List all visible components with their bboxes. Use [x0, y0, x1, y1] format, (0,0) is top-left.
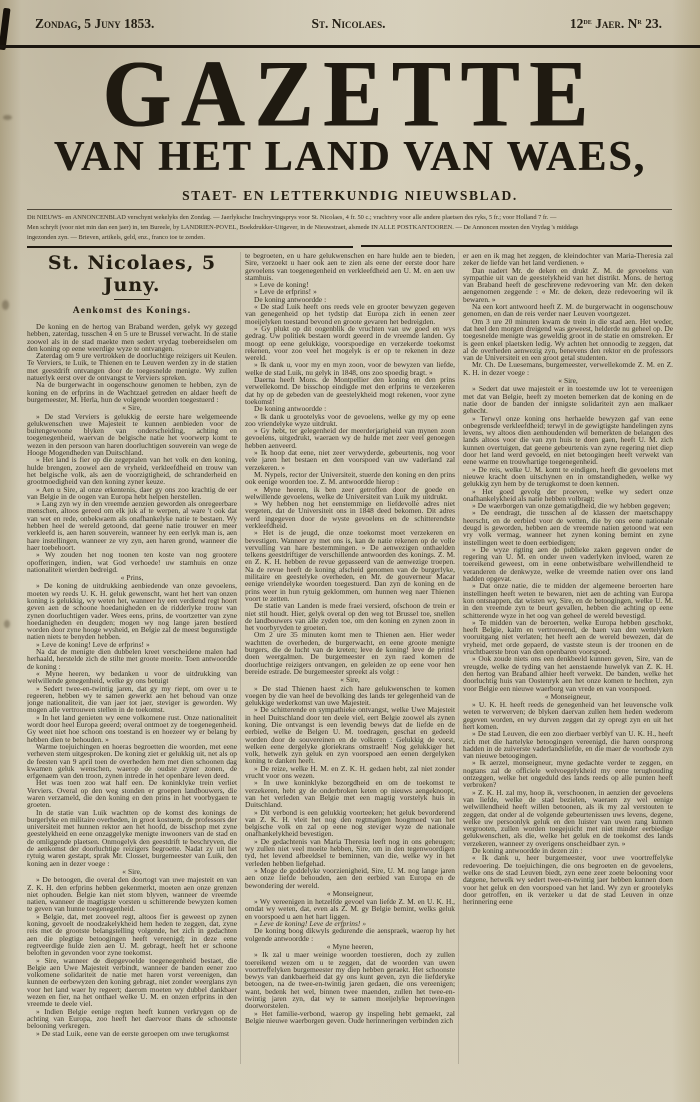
newspaper-page: Zondag, 5 Juny 1853. St. Nicolaes. 12de … [0, 0, 700, 1102]
paragraph: » Gy hebt, ter gelegenheid der meerderja… [245, 427, 455, 449]
paragraph: Dan nadert Mr. de deken en drukt Z. M. d… [463, 267, 673, 303]
paragraph: « De stad Luik heeft ons reeds vele en g… [245, 303, 455, 325]
paragraph: » U. K. H. heeft reeds de genegenheid va… [463, 701, 673, 730]
paragraph: » Het familie-verbond, waerop gy inspeli… [245, 1010, 455, 1025]
paragraph: » In uwe koninklyke bezorgdheid en om de… [245, 779, 455, 808]
paragraph: » De stad Leuven, die een zoo dierbaer v… [463, 730, 673, 759]
paper-stain [2, 300, 9, 310]
article-columns: St. Nicolaes, 5 Juny. Aenkomst des Konin… [27, 252, 673, 1100]
paragraph: » De stad Verviers is gelukkig de eerste… [27, 413, 237, 457]
paragraph: » De gedachtenis van Maria Theresia leef… [245, 838, 455, 867]
article-column-2: te begroeten, en u hare gelukwenschen en… [245, 252, 455, 1100]
paragraph: M. Nypels, rector der Universiteit, stue… [245, 471, 455, 486]
paragraph: « Prins, [27, 574, 237, 581]
paragraph: » Terwyl onze koning ons herhaelde bewyz… [463, 415, 673, 466]
paragraph: Na de burgerwacht in oogenschouw genomen… [27, 381, 237, 403]
paragraph: » Belgie, dat, met zooveel regt, altoos … [27, 913, 237, 957]
paragraph: « Monseigneur, [463, 693, 673, 700]
paragraph: » De eendragt, die tusschen al de klasse… [463, 509, 673, 545]
paragraph: « Ik dank u, heer burgemeester, voor uwe… [463, 854, 673, 905]
paragraph: Zaterdag om 9 ure vertrokken de doorluch… [27, 352, 237, 381]
imprint-block: Dit NIEUWS- en ANNONCENBLAD verschynt we… [27, 213, 672, 243]
paragraph: » De schitterende en sympathieke ontvang… [245, 706, 455, 764]
paragraph: » De koning de uitdrukking aenbiedende v… [27, 582, 237, 640]
paragraph: « Sire, [27, 404, 237, 411]
paragraph: » Ook zoude niets ons een denkbeeld kunn… [463, 655, 673, 691]
paragraph: « Myne heeren, ik ben zeer getroffen doo… [245, 486, 455, 501]
paragraph: » Moge de goddelyke voorzienigheid, Sire… [245, 867, 455, 889]
paragraph: » Ik aerzel, monseigneur, myne gedachte … [463, 759, 673, 788]
paragraph: » Indien Belgie eenige regten heeft kunn… [27, 1008, 237, 1030]
paragraph: » Ik hoop dat eene, niet zeer verwyderde… [245, 449, 455, 471]
paragraph: » Wy zouden het nog toonen ten koste van… [27, 551, 237, 573]
paragraph: Warme toejuichingen en hoeras begroetten… [27, 743, 237, 779]
paragraph: » Ik zal u maer weinige woorden toestier… [245, 951, 455, 1009]
paragraph: « Myne heeren, [245, 943, 455, 950]
paragraph: » Dat onze natie, die te midden der alge… [463, 582, 673, 618]
imprint-line: Dit NIEUWS- en ANNONCENBLAD verschynt we… [27, 213, 672, 223]
paragraph: » Z. K. H. zal my, hoop ik, verschoonen,… [463, 789, 673, 847]
imprint-line: ingezonden zyn. — Brieven, artikels, gel… [27, 233, 672, 243]
imprint-line: Men schryft (voor niet min dan een jaer)… [27, 223, 672, 233]
paragraph: « Monseigneur, [245, 890, 455, 897]
paragraph: » In het land genieten wy eene volkomene… [27, 714, 237, 743]
heading-rule [114, 299, 150, 300]
paragraph: » Te midden van de beroerten, welke Euro… [463, 619, 673, 655]
paragraph: » Sedert twee-en-twintig jaren, dat gy m… [27, 685, 237, 714]
volume-issue: 12de Jaer. Nr 23. [570, 16, 662, 32]
paragraph: » Het goed gevolg der proeven, welke wy … [463, 488, 673, 503]
paragraph: Het was toen zoo wat half een. De konink… [27, 779, 237, 808]
paragraph: » Sire, wanneer de diepgevoelde toegeneg… [27, 957, 237, 1008]
paragraph: er aen en ik mag het zeggen, de kleindoc… [463, 252, 673, 267]
masthead: GAZETTE VAN HET LAND VAN WAES, STAET- EN… [0, 50, 700, 204]
paragraph: « Myne heeren, wy bedanken u voor de uit… [27, 670, 237, 685]
paragraph: » De stad Thienen haest zich hare gelukw… [245, 685, 455, 707]
paragraph: » De betoogen, die overal den doortogt v… [27, 876, 237, 912]
paragraph: « Sire, [463, 377, 673, 384]
paragraph: » Gy plukt op dit oogenblik de vruchten … [245, 325, 455, 361]
paragraph: Daerna heeft Mons. de Montpellier den ko… [245, 376, 455, 405]
paragraph: » Aen u Sire, al onze erkentenis, daer g… [27, 486, 237, 501]
paragraph: » De reize, welke H. M. en Z. K. H. geda… [245, 765, 455, 780]
paragraph: Om 2 ure 35 minuten komt men te Thienen … [245, 631, 455, 675]
paragraph: » Het is de jeugd, die onze toekomst moe… [245, 529, 455, 602]
masthead-tagline: STAET- EN LETTERKUNDIG NIEUWSBLAD. [0, 188, 700, 204]
paragraph: » Ik dank u, voor my en myn zoon, voor d… [245, 361, 455, 376]
paragraph: « Ik dank u grootelyks voor de gevoelens… [245, 413, 455, 428]
paragraph: In de statie van Luik wachtten op de kom… [27, 809, 237, 867]
paragraph: « Sire, [27, 868, 237, 875]
paragraph: Om 3 ure 20 minuten kwam de trein in die… [463, 318, 673, 362]
paragraph: De koning en de hertog van Braband werde… [27, 323, 237, 352]
paragraph: Na dat de menigte dien dubbelen kreet ve… [27, 648, 237, 670]
paragraph: Mr. Ch. De Luesemans, burgemeester, verw… [463, 361, 673, 376]
paragraph: te begroeten, en u hare gelukwenschen en… [245, 252, 455, 281]
masthead-title: GAZETTE [0, 49, 700, 142]
paragraph: » De stad Luik, eene van de eerste geroe… [27, 1030, 237, 1037]
paper-stain [4, 620, 10, 628]
paragraph: » Wy hebben nog het eenstemmige en liefd… [245, 500, 455, 529]
paragraph: De koning boog dikwyls gedurende die aen… [245, 927, 455, 942]
article-title: Aenkomst des Konings. [27, 306, 237, 316]
paragraph: » Lang zyn wy in den vreemde aenzien gew… [27, 500, 237, 551]
article-city-dateline: St. Nicolaes, 5 Juny. [27, 252, 237, 296]
paragraph: » Dit verbond is een gelukkig voorteeken… [245, 809, 455, 838]
paragraph: De statie van Landen is mede fraei versi… [245, 602, 455, 631]
paragraph: » De wyze rigting aen de publieke zaken … [463, 546, 673, 582]
paragraph: » De reis, welke U. M. komt te eindigen,… [463, 466, 673, 488]
dateline-row: Zondag, 5 Juny 1853. St. Nicolaes. 12de … [27, 16, 670, 36]
paragraph: « Sire, [245, 676, 455, 683]
imprint-rule-right [361, 245, 672, 247]
tagline-rule [27, 209, 672, 210]
paragraph: Na een kort antwoord heeft Z. M. de burg… [463, 303, 673, 318]
paragraph: » Sedert dat uwe majesteit er in toestem… [463, 385, 673, 414]
article-column-1: St. Nicolaes, 5 Juny. Aenkomst des Konin… [27, 252, 237, 1100]
article-column-3: er aen en ik mag het zeggen, de kleindoc… [463, 252, 673, 1100]
paragraph: » Het land is fier op die zegepralen van… [27, 456, 237, 485]
imprint-rule-left [27, 246, 353, 248]
paragraph: » Wy vereenigen in hetzelfde gevoel van … [245, 898, 455, 920]
